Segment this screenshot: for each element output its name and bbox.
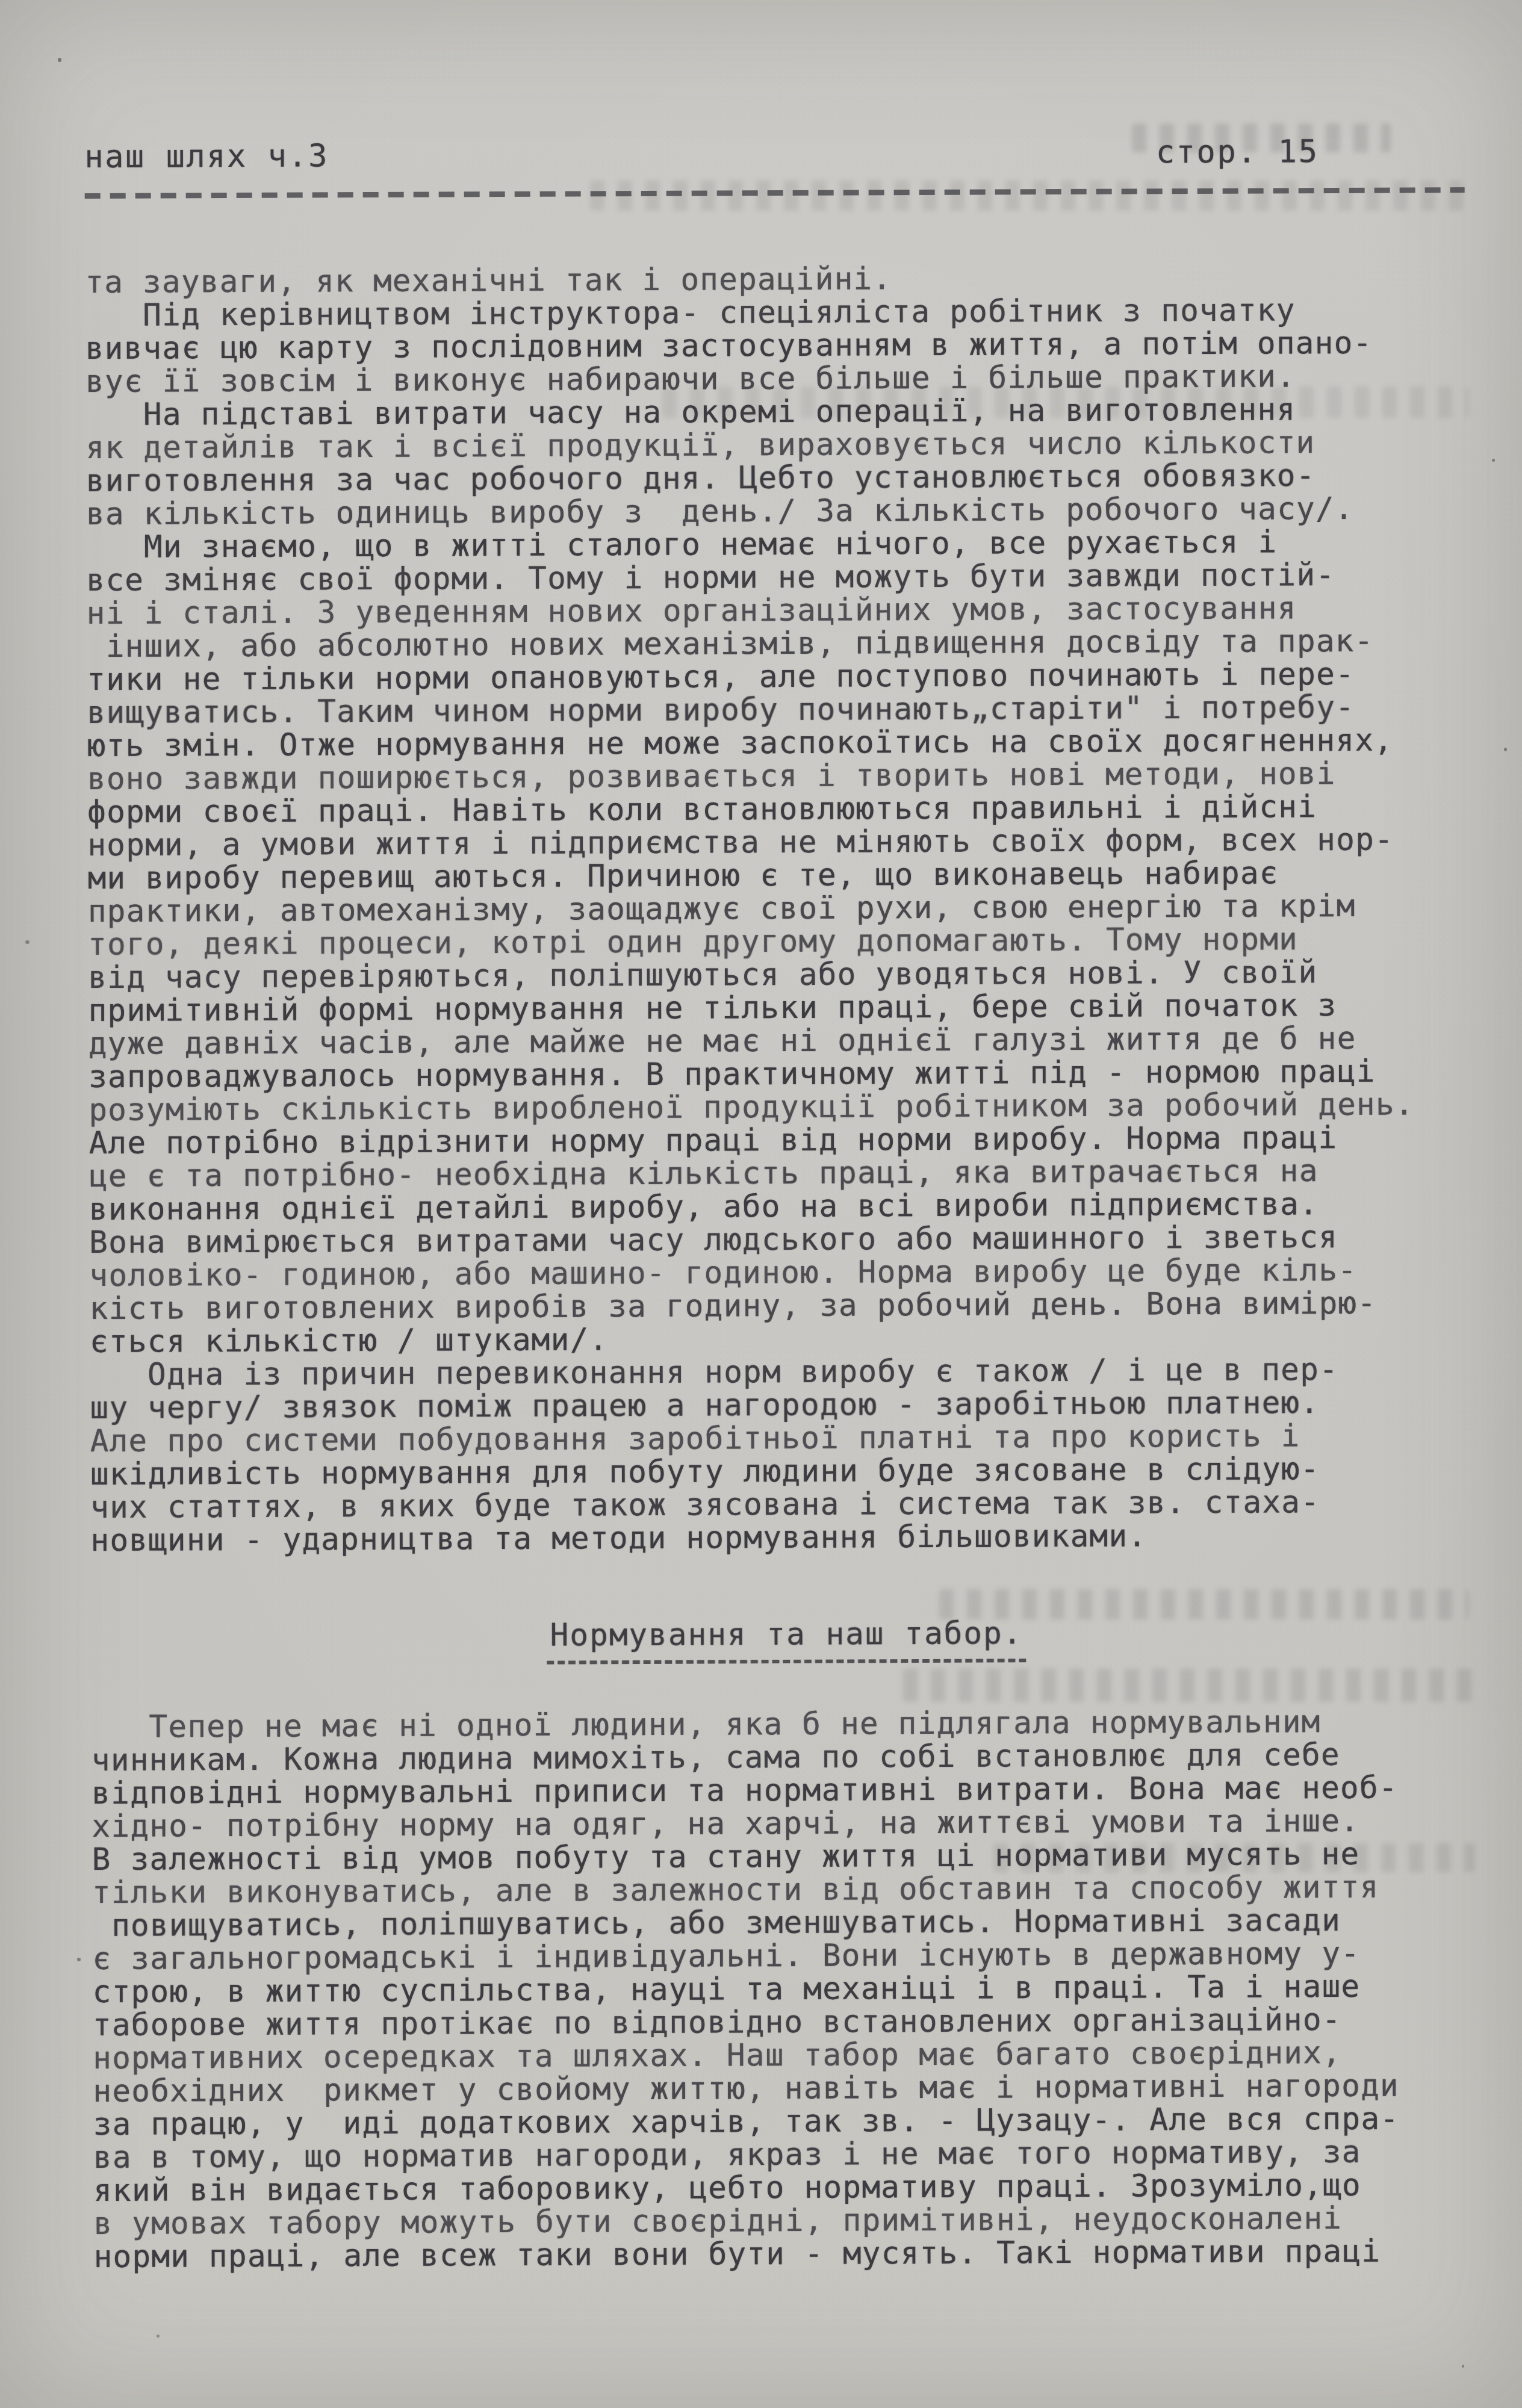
- body-text-part2: Тепер не має ні одної людини, яка б не п…: [92, 1705, 1485, 2274]
- text-line: ва в тому, що норматив нагороди, якраз і…: [93, 2135, 1484, 2174]
- text-line: необхідних рикмет у свойому життю, навіт…: [93, 2069, 1483, 2108]
- text-line: чих статтях, в яких буде також зясована …: [90, 1485, 1481, 1524]
- text-line: розуміють скількість виробленої продукці…: [89, 1088, 1479, 1127]
- text-line: кість виготовлених виробів за годину, за…: [90, 1286, 1480, 1326]
- page-header: наш шлях ч.3 стор. 15: [84, 134, 1319, 175]
- ink-speck: [1504, 748, 1507, 751]
- scanned-page: наш шлях ч.3 стор. 15 та зауваги, як мех…: [0, 0, 1522, 2408]
- page-number: стор. 15: [1156, 134, 1319, 170]
- text-line: Під керівництвом інструктора- спеціяліст…: [85, 293, 1476, 332]
- ink-speck: [25, 940, 30, 944]
- page-content: наш шлях ч.3 стор. 15 та зауваги, як мех…: [84, 133, 1484, 2274]
- text-line: вує її зовсім і виконує набираючи все бі…: [85, 359, 1476, 399]
- text-line: є загальногромадські і індивідуальні. Во…: [92, 1937, 1483, 1976]
- text-line: інших, або абсолютно нових механізмів, п…: [87, 624, 1477, 663]
- text-line: чинникам. Кожна людина мимохіть, сама по…: [92, 1738, 1482, 1777]
- text-line: це є та потрібно- необхідна кількість пр…: [89, 1154, 1480, 1193]
- text-line: від часу перевіряються, поліпшуються або…: [88, 955, 1479, 995]
- text-line: Але про системи побудовання заробітньої …: [90, 1419, 1481, 1458]
- text-line: хідно- потрібну норму на одяг, на харчі,…: [92, 1804, 1482, 1843]
- text-line: норми, а умови життя і підприємства не м…: [87, 823, 1478, 862]
- publication-title: наш шлях ч.3: [84, 138, 329, 175]
- text-line: воно завжди поширюється, розвивається і …: [87, 757, 1478, 796]
- ink-speck: [77, 1958, 81, 1961]
- ink-speck: [58, 58, 61, 62]
- text-line: дуже давніх часів, але майже не має ні о…: [89, 1022, 1479, 1061]
- body-text-part1: та зауваги, як механічні так і операційн…: [85, 260, 1481, 1557]
- section-heading-wrap: Нормування та наш табор.: [91, 1614, 1482, 1666]
- ink-speck: [157, 2335, 160, 2338]
- ink-speck: [1462, 2365, 1464, 2368]
- header-divider: [85, 187, 1465, 199]
- section-heading: Нормування та наш табор.: [547, 1616, 1027, 1664]
- text-line: ва кількість одиниць виробу з день./ За …: [86, 492, 1477, 531]
- ink-speck: [1492, 459, 1495, 462]
- text-line: вищуватись. Таким чином норми виробу поч…: [87, 690, 1477, 730]
- text-line: в умовах табору можуть бути своєрідні, п…: [93, 2202, 1484, 2241]
